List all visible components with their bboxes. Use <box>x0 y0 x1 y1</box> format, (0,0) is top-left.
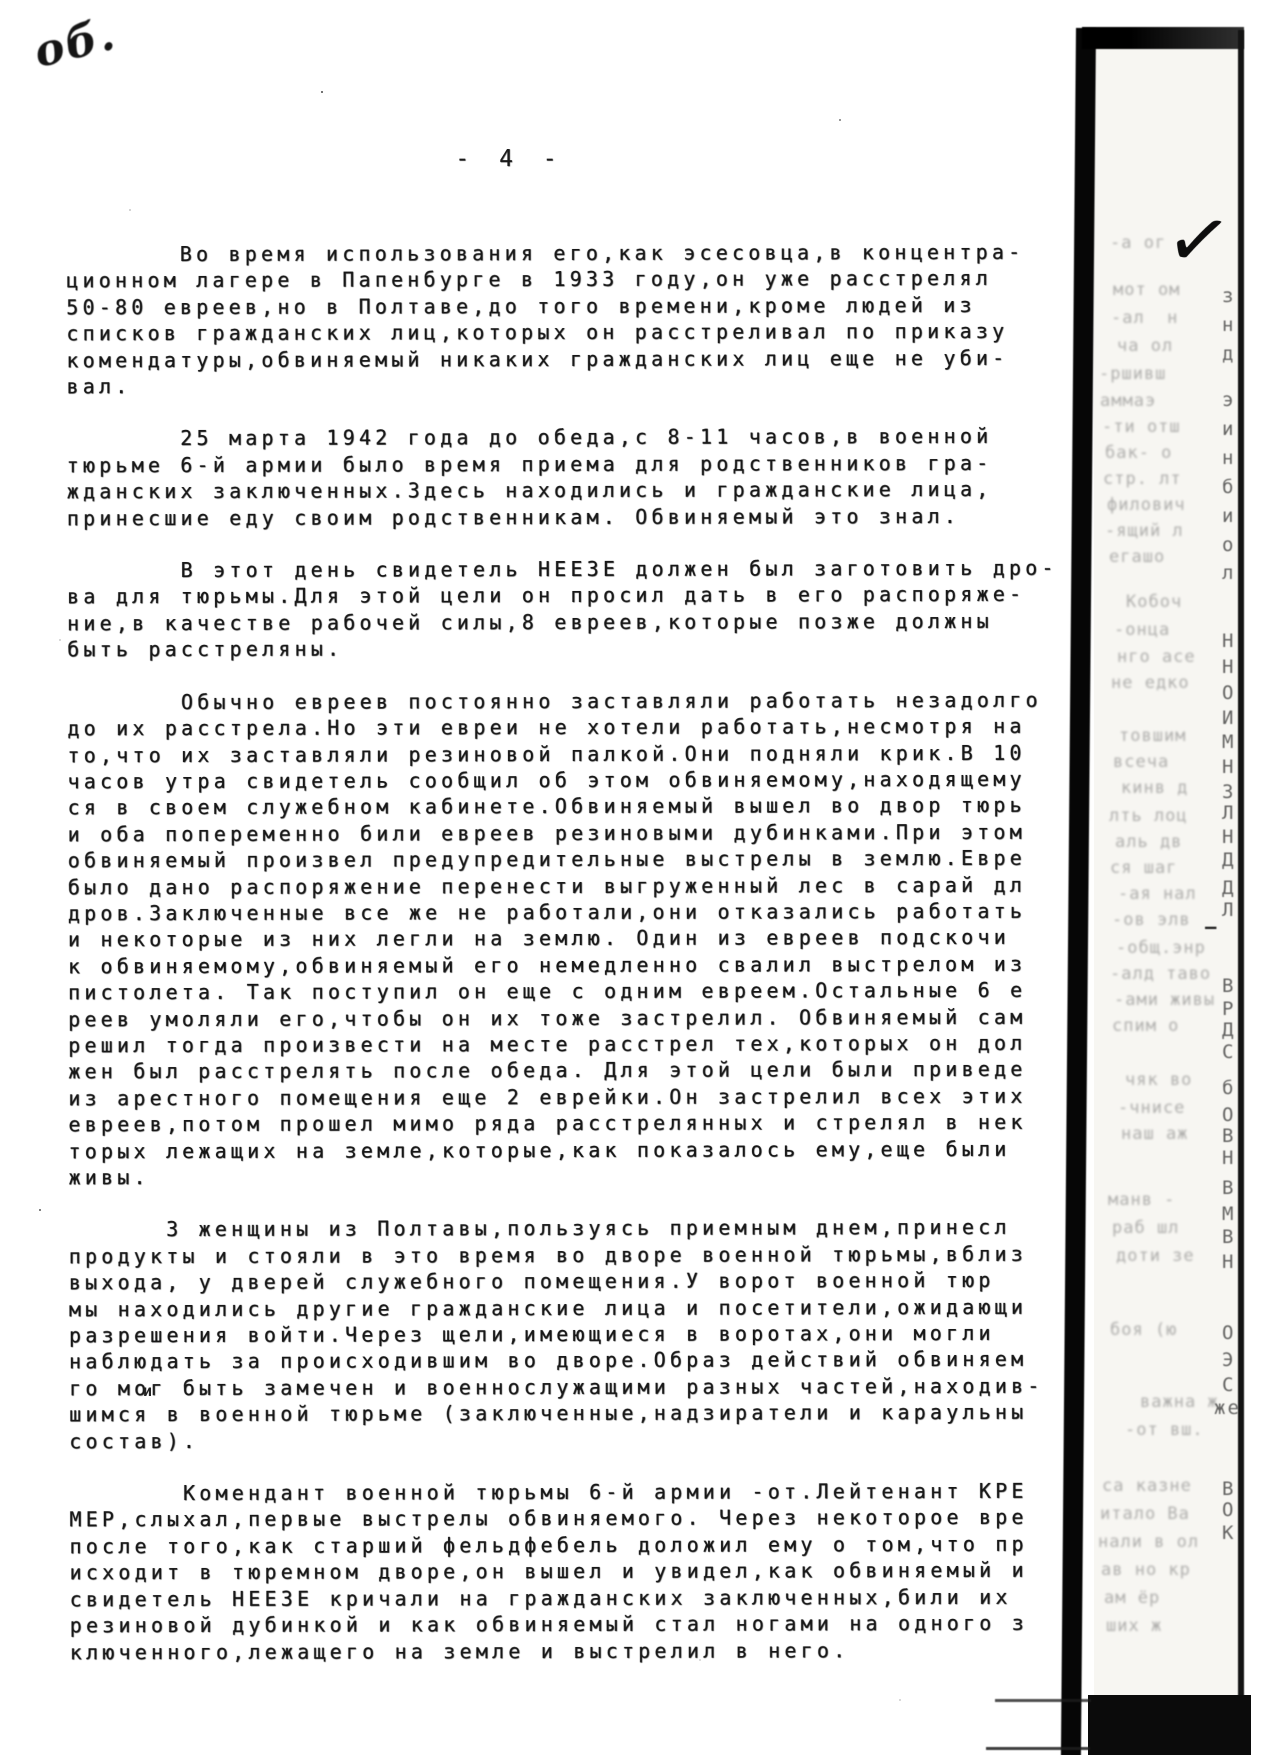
scan-artifact-line <box>986 1747 1090 1750</box>
paragraph-3: В этот день свидетель НЕЕЗЕ должен был з… <box>67 555 1071 663</box>
paragraph-5: 3 женщины из Полтавы,пользуясь приемным … <box>69 1214 1074 1454</box>
paragraph-6: Комендант военной тюрьмы 6-й армии -от.Л… <box>69 1478 1073 1665</box>
scan-top-edge-shadow <box>1082 27 1244 49</box>
scan-right-edge-line <box>1238 30 1244 1698</box>
checkmark-annotation: ✓ <box>1159 191 1238 290</box>
document-text: Во время использования его,как эсесовца,… <box>66 239 1074 1692</box>
scan-black-corner <box>1088 1695 1251 1755</box>
paragraph-2: 25 марта 1942 года до обеда,с 8-11 часов… <box>67 423 1071 531</box>
handwritten-correction: и <box>143 1382 152 1400</box>
page-number: - 4 - <box>420 146 600 172</box>
paragraph-4: Обычно евреев постоянно заставляли работ… <box>67 686 1072 1190</box>
scanned-document-page: об. - 4 - Во время использования его,как… <box>0 0 1275 1755</box>
handwritten-annotation: об. <box>29 9 121 78</box>
paragraph-1: Во время использования его,как эсесовца,… <box>66 239 1070 400</box>
scan-artifact-line <box>995 1699 1091 1702</box>
